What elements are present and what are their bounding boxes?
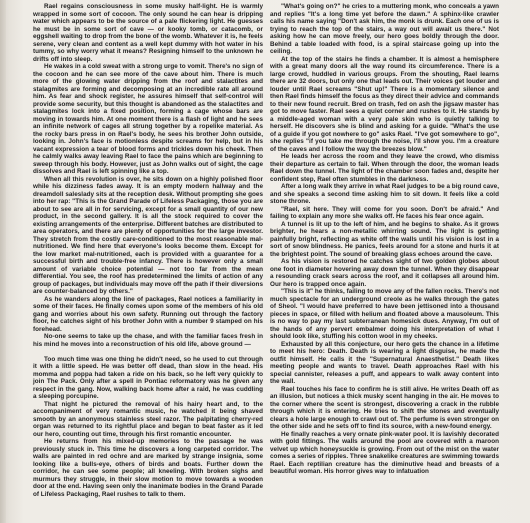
scanned-page: Rael regains consciousness in some musky…	[0, 0, 530, 523]
paragraph: Too much time was one thing he didn't ne…	[33, 356, 263, 401]
paragraph: As his vision is restored he catches sig…	[270, 258, 499, 288]
paragraph: "This is it" he thinks, failing to move …	[270, 288, 499, 341]
paragraph: As he wanders along the line of packages…	[33, 296, 263, 334]
left-text-column: Rael regains consciousness in some musky…	[33, 3, 263, 498]
paragraph: He returns from his mixed-up memories to…	[33, 438, 263, 498]
right-text-column: "What's going on?" he cries to a mutteri…	[270, 3, 499, 476]
paragraph: When all this revolution is over, he sit…	[33, 176, 263, 296]
paragraph: "What's going on?" he cries to a mutteri…	[270, 3, 499, 56]
paragraph: A tunnel is lit up to the left of him, a…	[270, 221, 499, 259]
paragraph: He leads her across the room and they le…	[270, 153, 499, 183]
paragraph: He wakes in a cold sweat with a strong u…	[33, 63, 263, 176]
paragraph: Rael touches his face to confirm he is s…	[270, 386, 499, 431]
paragraph: He finally reaches a very ornate pink-wa…	[270, 431, 499, 476]
paragraph: That night he pictured the removal of hi…	[33, 401, 263, 439]
paragraph: Rael regains consciousness in some musky…	[33, 3, 263, 63]
paragraph: After a long walk they arrive in what Ra…	[270, 183, 499, 206]
page-binding-edge	[0, 0, 6, 523]
paragraph: Exhausted by all this conjecture, our he…	[270, 341, 499, 386]
paragraph: At the top of the stairs he finds a cham…	[270, 56, 499, 154]
paragraph: No-one seems to take up the chase, and w…	[33, 333, 263, 348]
paragraph: "Rael, sit here. They will come for you …	[270, 206, 499, 221]
